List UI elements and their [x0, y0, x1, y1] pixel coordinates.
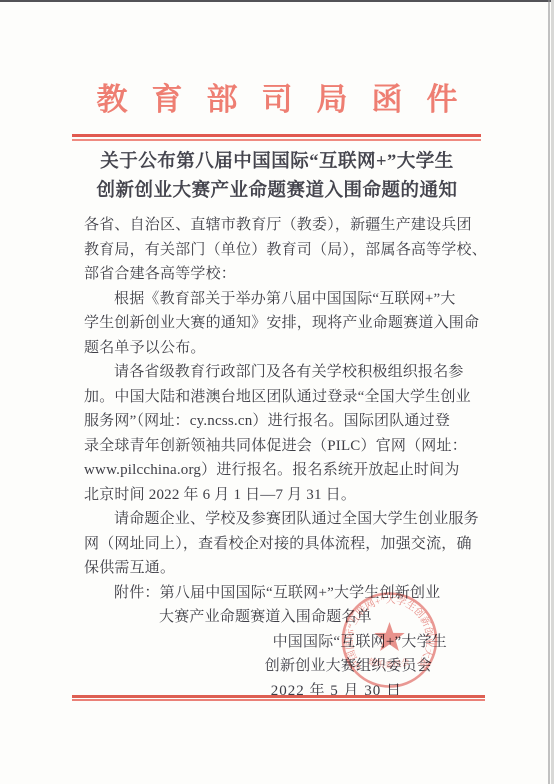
body-line: 根据《教育部关于举办第八届中国国际“互联网+”大	[84, 287, 484, 312]
salutation-line: 教育局，有关部门（单位）教育司（局），部属各高等学校、	[84, 238, 484, 263]
footer-divider-thin	[72, 699, 485, 701]
official-seal: 中国国际“互联网+”大学生创新创业大赛 组织委员会	[337, 587, 442, 692]
body-line: 网（网址同上），查看校企对接的具体流程，加强交流，确	[84, 532, 484, 557]
letterhead-divider-thick	[72, 134, 481, 137]
letterhead-title: 教育部司局函件	[0, 82, 554, 118]
body-line: 请命题企业、学校及参赛团队通过全国大学生创业服务	[84, 507, 484, 532]
body-line: www.pilcchina.org）进行报名。报名系统开放起止时间为	[84, 458, 484, 483]
body-line: 北京时间 2022 年 6 月 1 日—7 月 31 日。	[84, 483, 484, 508]
body-line: 题名单予以公布。	[84, 336, 484, 361]
body-line: 加。中国大陆和港澳台地区团队通过登录“全国大学生创业	[84, 385, 484, 410]
salutation-line: 部省合建各高等学校：	[84, 262, 484, 287]
scan-artifact-top-edge	[0, 0, 554, 2]
document-title-line1: 关于公布第八届中国国际“互联网+”大学生	[40, 148, 514, 177]
body-line: 请各省级教育行政部门及各有关学校积极组织报名参	[84, 360, 484, 385]
body-line: 录全球青年创新领袖共同体促进会（PILC）官网（网址：	[84, 434, 484, 459]
letterhead-divider-thin	[72, 139, 481, 141]
body-line: 保供需互通。	[84, 556, 484, 581]
document-title: 关于公布第八届中国国际“互联网+”大学生 创新创业大赛产业命题赛道入围命题的通知	[40, 148, 514, 205]
salutation-line: 各省、自治区、直辖市教育厅（教委），新疆生产建设兵团	[84, 213, 484, 238]
star-icon	[374, 622, 404, 651]
scanned-letter-page: { "doc": { "letterhead": "教育部司局函件", "tit…	[0, 0, 554, 784]
document-title-line2: 创新创业大赛产业命题赛道入围命题的通知	[40, 177, 514, 206]
body-line: 服务网”（网址：cy.ncss.cn）进行报名。国际团队通过登	[84, 409, 484, 434]
seal-bottom-textpath: 组织委员会	[367, 656, 411, 669]
body-line: 学生创新创业大赛的通知》安排，现将产业命题赛道入围命	[84, 311, 484, 336]
seal-bottom-text: 组织委员会	[367, 656, 411, 669]
footer-divider-thick	[72, 695, 485, 698]
